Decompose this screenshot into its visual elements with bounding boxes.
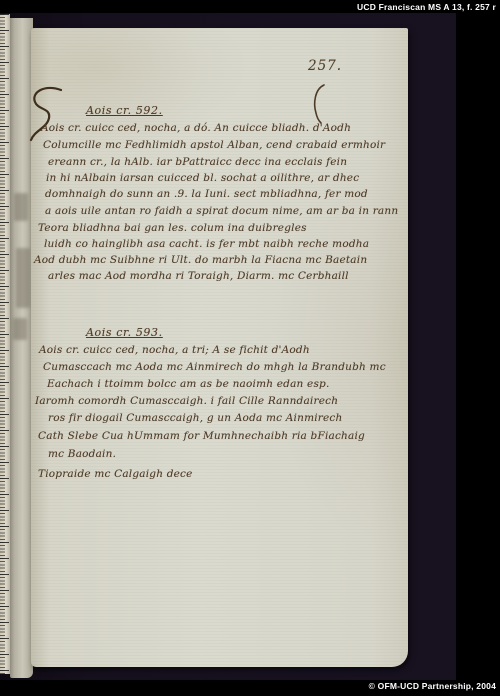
annal-heading-592: Aois cr. 592. xyxy=(86,104,163,117)
bleed-through-mark xyxy=(14,193,28,221)
manuscript-shelfmark-label: UCD Franciscan MS A 13, f. 257 r xyxy=(357,2,496,12)
copyright-label: © OFM-UCD Partnership, 2004 xyxy=(369,681,496,691)
manuscript-text-line: ros fir diogail Cumasccaigh, g un Aoda m… xyxy=(48,412,342,424)
measuring-ruler xyxy=(0,14,10,674)
manuscript-text-line: Aois cr. cuicc ced, nocha, a tri; A se f… xyxy=(39,344,310,356)
manuscript-text-line: Eachach i ttoimm bolcc am as be naoimh e… xyxy=(47,378,330,390)
manuscript-text-line: Teora bliadhna bai gan les. colum ina du… xyxy=(38,222,307,234)
manuscript-text-line: Columcille mc Fedhlimidh apstol Alban, c… xyxy=(43,139,385,151)
manuscript-text-line: luidh co hainglibh asa cacht. is fer mbt… xyxy=(44,238,369,250)
manuscript-text-line: a aois uile antan ro faidh a spirat docu… xyxy=(45,205,398,217)
pen-flourish-icon xyxy=(311,83,327,125)
manuscript-text-line: domhnaigh do sunn an .9. la Iuni. sect m… xyxy=(45,188,368,200)
manuscript-text-line: in hi nAlbain iarsan cuicced bl. sochat … xyxy=(46,172,359,184)
manuscript-text-line: mc Baodain. xyxy=(48,448,116,460)
annal-heading-593: Aois cr. 593. xyxy=(86,326,163,339)
manuscript-page: 257. Aois cr. 592. Aois cr. cuicc ced, n… xyxy=(31,28,408,667)
manuscript-text-line: ereann cr., la hAlb. iar bPattraicc decc… xyxy=(48,156,347,168)
bleed-through-mark xyxy=(13,318,27,340)
manuscript-text-line: Iaromh comordh Cumasccaigh. i fail Cille… xyxy=(35,395,338,407)
manuscript-text-line: arles mac Aod mordha ri Toraigh, Diarm. … xyxy=(48,270,349,282)
manuscript-photo: 257. Aois cr. 592. Aois cr. cuicc ced, n… xyxy=(0,13,456,680)
manuscript-text-line: Aois cr. cuicc ced, nocha, a dó. An cuic… xyxy=(41,122,351,134)
manuscript-text-line: Cumasccach mc Aoda mc Ainmirech do mhgh … xyxy=(43,361,386,373)
manuscript-text-line: Cath Slebe Cua hUmmam for Mumhnechaibh r… xyxy=(38,430,365,442)
manuscript-text-line: Tiopraide mc Calgaigh dece xyxy=(38,468,193,480)
manuscript-text-line: Aod dubh mc Suibhne ri Ult. do marbh la … xyxy=(34,254,367,266)
folio-number: 257. xyxy=(308,58,342,74)
bleed-through-mark xyxy=(16,248,30,308)
